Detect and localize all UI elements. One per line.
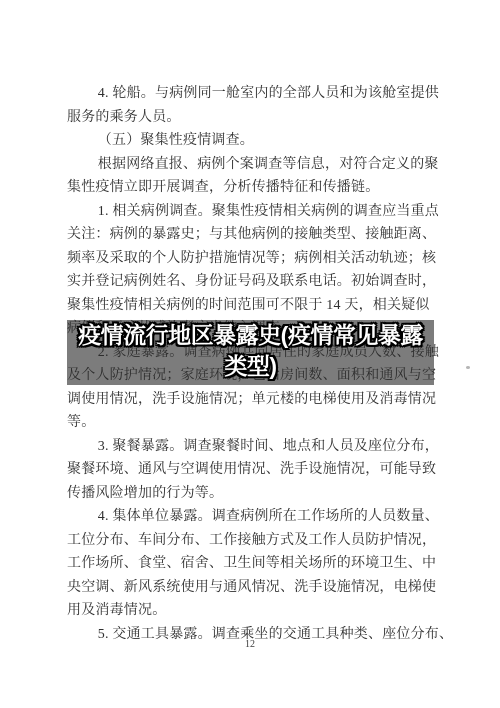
doc-text-line: 根据网络直报、病例个案调查等信息，对符合定义的聚 <box>67 153 434 177</box>
doc-text-line: 传播风险增加的行为等。 <box>67 482 434 506</box>
doc-text-line: 工位分布、车间分布、工作接触方式及工作人员防护情况， <box>67 529 434 553</box>
doc-text-line: 等。 <box>67 411 434 435</box>
document-page: 4. 轮船。与病例同一舱室内的全部人员和为该舱室提供 服务的乘务人员。 （五）聚… <box>0 0 500 708</box>
doc-text-line: 集性疫情立即开展调查，分析传播特征和传播链。 <box>67 176 434 200</box>
doc-text-line: （五）聚集性疫情调查。 <box>67 129 434 153</box>
doc-text-line: 调使用情况，洗手设施情况；单元楼的电梯使用及消毒情况 <box>67 388 434 412</box>
doc-text-line: 1. 相关病例调查。聚集性疫情相关病例的调查应当重点 <box>67 200 434 224</box>
doc-text-line: 频率及采取的个人防护措施情况等；病例相关活动轨迹；核 <box>67 247 434 271</box>
doc-text-line: 4. 集体单位暴露。调查病例所在工作场所的人员数量、 <box>67 505 434 529</box>
doc-text-line: 实并登记病例姓名、身份证号码及联系电话。初始调查时， <box>67 270 434 294</box>
doc-text-line: 关注：病例的暴露史；与其他病例的接触类型、接触距离、 <box>67 223 434 247</box>
doc-text-line: 聚餐环境、通风与空调使用情况、洗手设施情况，可能导致 <box>67 458 434 482</box>
scan-speck <box>466 366 470 369</box>
headline-line-2: 类型) <box>55 351 446 382</box>
doc-text-line: 工作场所、食堂、宿舍、卫生间等相关场所的环境卫生、中 <box>67 552 434 576</box>
headline-line-1: 疫情流行地区暴露史(疫情常见暴露 <box>55 320 446 351</box>
doc-text-line: 聚集性疫情相关病例的时间范围可不限于 14 天，相关疑似 <box>67 294 434 318</box>
page-number: 12 <box>0 639 500 650</box>
headline-overlay-title: 疫情流行地区暴露史(疫情常见暴露 类型) <box>55 320 446 382</box>
doc-text-line: 4. 轮船。与病例同一舱室内的全部人员和为该舱室提供 <box>67 82 434 106</box>
doc-text-line: 用及消毒情况。 <box>67 599 434 623</box>
doc-text-line: 服务的乘务人员。 <box>67 106 434 130</box>
doc-text-line: 3. 聚餐暴露。调查聚餐时间、地点和人员及座位分布， <box>67 435 434 459</box>
doc-text-line: 央空调、新风系统使用与通风情况、洗手设施情况，电梯使 <box>67 576 434 600</box>
